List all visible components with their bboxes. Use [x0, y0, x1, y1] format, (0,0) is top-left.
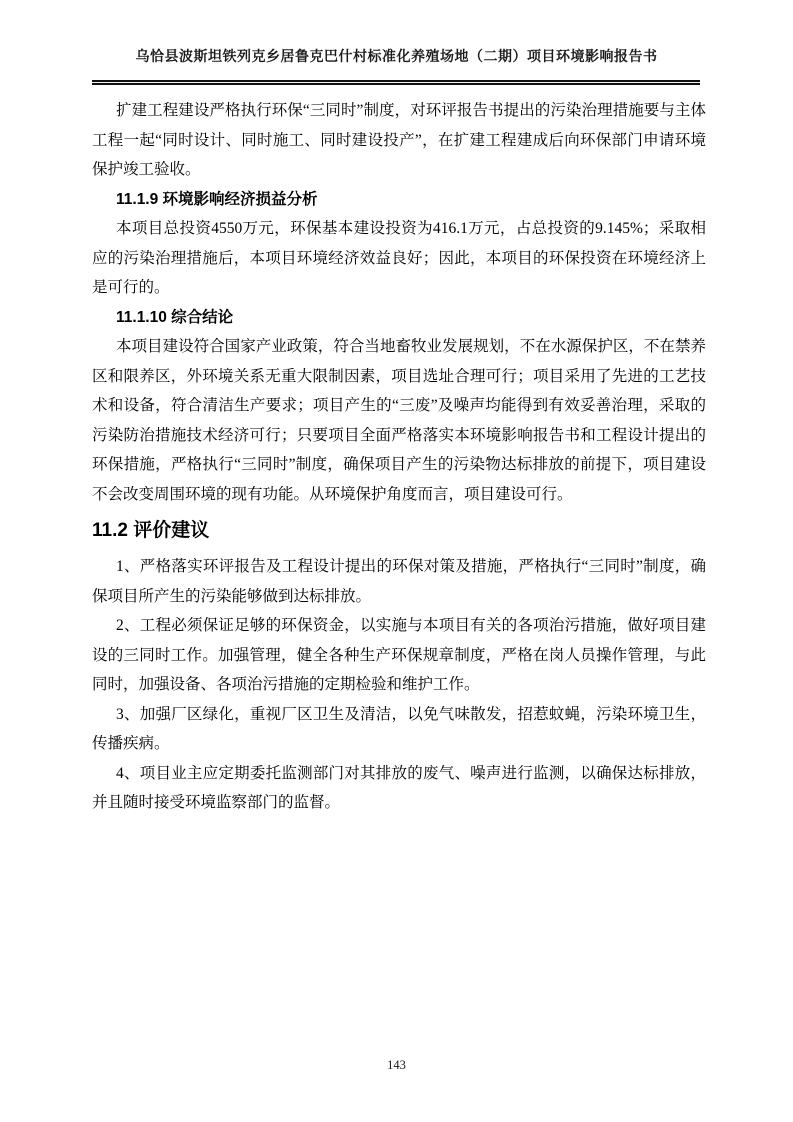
- document-page: 乌恰县波斯坦铁列克乡居鲁克巴什村标准化养殖场地（二期）项目环境影响报告书 扩建工…: [0, 0, 793, 1122]
- suggestion-item-1: 1、严格落实环评报告及工程设计提出的环保对策及措施，严格执行“三同时”制度，确保…: [92, 552, 706, 611]
- paragraph-11-1-9: 本项目总投资4550万元，环保基本建设投资为416.1万元，占总投资的9.145…: [92, 214, 706, 303]
- paragraph-intro: 扩建工程建设严格执行环保“三同时”制度，对环评报告书提出的污染治理措施要与主体工…: [92, 96, 706, 185]
- page-header-title: 乌恰县波斯坦铁列克乡居鲁克巴什村标准化养殖场地（二期）项目环境影响报告书: [92, 46, 701, 66]
- suggestion-item-2: 2、工程必须保证足够的环保资金，以实施与本项目有关的各项治污措施，做好项目建设的…: [92, 611, 706, 700]
- heading-11-1-9: 11.1.9 环境影响经济损益分析: [92, 185, 706, 215]
- page-number: 143: [0, 1058, 793, 1073]
- suggestion-item-4: 4、项目业主应定期委托监测部门对其排放的废气、噪声进行监测，以确保达标排放，并且…: [92, 759, 706, 818]
- heading-11-2: 11.2 评价建议: [92, 516, 706, 546]
- header-rule: [92, 80, 700, 85]
- paragraph-11-1-10: 本项目建设符合国家产业政策，符合当地畜牧业发展规划，不在水源保护区，不在禁养区和…: [92, 332, 706, 509]
- suggestion-item-3: 3、加强厂区绿化，重视厂区卫生及清洁，以免气味散发，招惹蚊蝇，污染环境卫生，传播…: [92, 700, 706, 759]
- heading-11-1-10: 11.1.10 综合结论: [92, 303, 706, 333]
- document-body: 扩建工程建设严格执行环保“三同时”制度，对环评报告书提出的污染治理措施要与主体工…: [92, 96, 706, 818]
